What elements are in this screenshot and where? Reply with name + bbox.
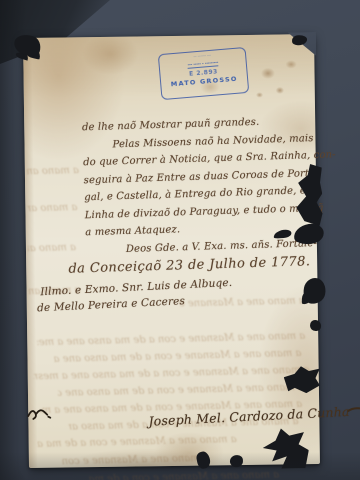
photographed-manuscript: a mano ane a Masnane e con a de ma anso … bbox=[0, 0, 360, 480]
bleedthrough-line: a mano ane a Masnane e con a de ma anso … bbox=[27, 202, 77, 214]
margin-ink-mark bbox=[26, 404, 56, 428]
bleedthrough-line: a mano ane a Masnane e con a de ma anso … bbox=[51, 348, 301, 365]
backdrop-edge-shadow bbox=[0, 0, 26, 480]
paper-tear bbox=[301, 276, 328, 306]
bleedthrough-line: a mano ane a Masnane e con a de ma anso … bbox=[37, 434, 237, 450]
letter-body: de lhe naõ Mostrar pauñ grandes. Pelas M… bbox=[82, 112, 323, 279]
paper-tear bbox=[310, 320, 321, 331]
backdrop-bottom-shadow bbox=[0, 452, 360, 480]
manuscript-page: a mano ane a Masnane e con a de ma anso … bbox=[23, 34, 320, 468]
bleedthrough-line: a mano ane a Masnane e con a de ma anso … bbox=[27, 165, 79, 177]
addressee-block: Illmo. e Exmo. Snr. Luis de Albuqe. de M… bbox=[40, 275, 233, 316]
bleedthrough-line: a mano ane a Masnane e con a de ma anso … bbox=[37, 331, 305, 349]
bleedthrough-line: a mano ane a Masnane e con a de ma anso … bbox=[58, 382, 304, 399]
bleedthrough-line: a mano ane a Masnane e con a de ma anso … bbox=[28, 242, 76, 254]
archive-stamp: ··· ········ ···· ··· ····· · ········· … bbox=[158, 47, 250, 100]
signature-flourish bbox=[347, 399, 360, 418]
bleedthrough-line: a mano ane a Masnane e con a de ma anso … bbox=[34, 365, 310, 383]
